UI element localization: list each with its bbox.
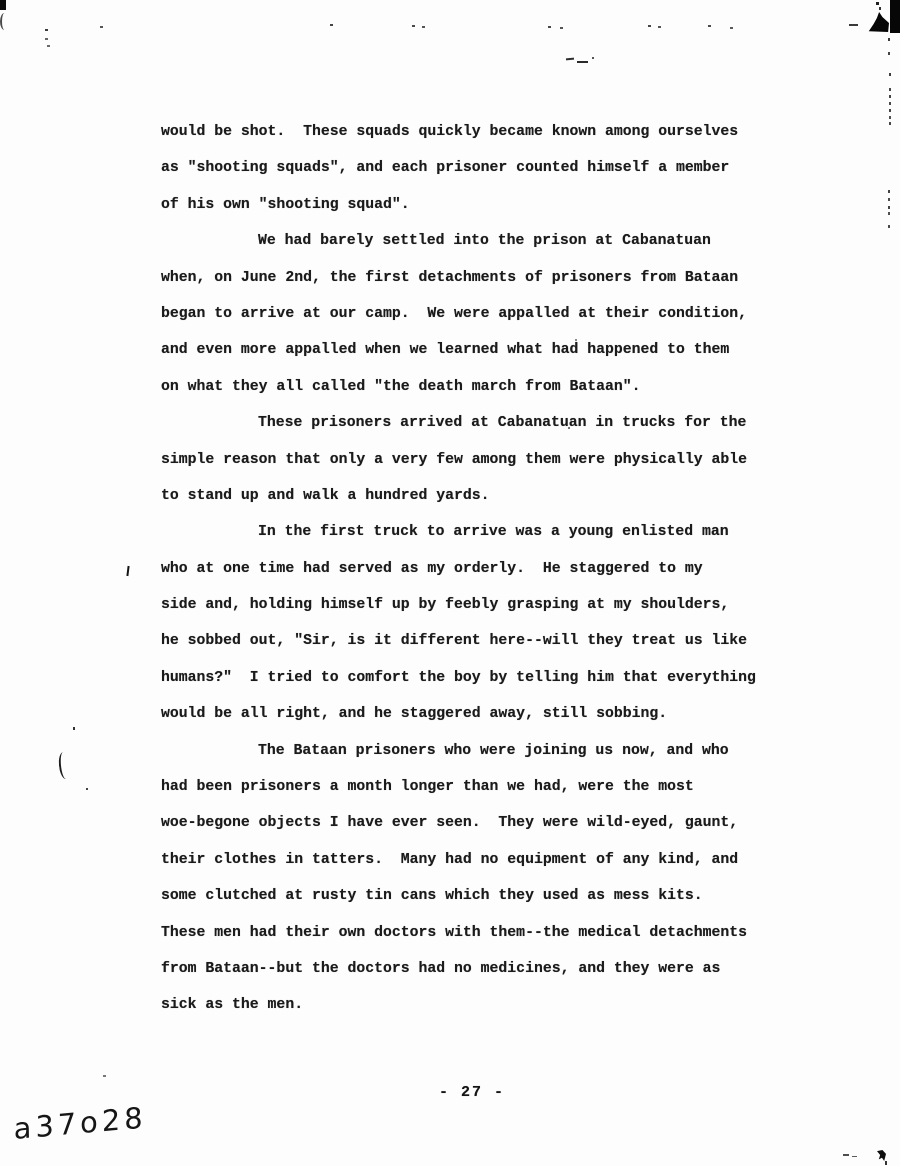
scanned-document-page: would be shot. These squads quickly beca… [0, 0, 900, 1166]
typewritten-line: some clutched at rusty tin cans which th… [161, 878, 821, 914]
scan-speckle [849, 24, 858, 26]
scan-speckle [103, 1075, 106, 1077]
typewritten-line: sick as the men. [161, 987, 821, 1023]
typewritten-line: These prisoners arrived at Cabanatuan in… [161, 405, 821, 441]
scan-artifact-bottom-right [843, 1154, 849, 1156]
scan-artifact-top-right-bar [890, 0, 900, 33]
scan-speckle [879, 7, 881, 10]
scan-artifact-bottom-right [885, 1161, 887, 1165]
scan-artifact-margin-tick [126, 566, 129, 576]
typewritten-line: had been prisoners a month longer than w… [161, 769, 821, 805]
scan-artifact-center-dash [566, 58, 574, 61]
typewritten-line: We had barely settled into the prison at… [161, 223, 821, 259]
handwritten-annotation: a37o28 [13, 1100, 146, 1146]
scan-artifact-center-dash [577, 61, 588, 63]
scan-artifact-margin-paren [58, 751, 72, 779]
typewritten-line: of his own "shooting squad". [161, 187, 821, 223]
scan-artifact-bottom-right [852, 1156, 857, 1157]
typewritten-line: and even more appalled when we learned w… [161, 332, 821, 368]
typewritten-text-block: would be shot. These squads quickly beca… [161, 114, 821, 1024]
typewritten-line: In the first truck to arrive was a young… [161, 514, 821, 550]
typewritten-line: as "shooting squads", and each prisoner … [161, 150, 821, 186]
typewritten-line: from Bataan--but the doctors had no medi… [161, 951, 821, 987]
typewritten-line: The Bataan prisoners who were joining us… [161, 733, 821, 769]
scan-artifact-right-edge-dots [888, 38, 890, 41]
scan-artifact-top-left-nub [0, 0, 6, 10]
typewritten-line: would be shot. These squads quickly beca… [161, 114, 821, 150]
typewritten-line: These men had their own doctors with the… [161, 915, 821, 951]
scan-speckle [568, 427, 570, 429]
typewritten-line: began to arrive at our camp. We were app… [161, 296, 821, 332]
typewritten-line: he sobbed out, "Sir, is it different her… [161, 623, 821, 659]
typewritten-line: would be all right, and he staggered awa… [161, 696, 821, 732]
typewritten-line: who at one time had served as my orderly… [161, 551, 821, 587]
typewritten-line: woe-begone objects I have ever seen. The… [161, 805, 821, 841]
scan-speckle [575, 339, 577, 341]
typewritten-line: simple reason that only a very few among… [161, 442, 821, 478]
typewritten-line: when, on June 2nd, the first detachments… [161, 260, 821, 296]
typewritten-line: to stand up and walk a hundred yards. [161, 478, 821, 514]
scan-artifact-top-right-blob [867, 12, 889, 32]
scan-speckle [592, 57, 594, 59]
scan-speckle [73, 727, 75, 730]
scan-speckle-row [45, 29, 48, 31]
scan-artifact-top-left-mark [0, 13, 9, 30]
typewritten-line: side and, holding himself up by feebly g… [161, 587, 821, 623]
typewritten-line: their clothes in tatters. Many had no eq… [161, 842, 821, 878]
scan-speckle [876, 2, 879, 5]
typewritten-line: humans?" I tried to comfort the boy by t… [161, 660, 821, 696]
scan-artifact-bottom-right [877, 1150, 886, 1161]
typewritten-line: on what they all called "the death march… [161, 369, 821, 405]
page-number: - 27 - [439, 1084, 505, 1101]
scan-speckle [86, 788, 88, 790]
